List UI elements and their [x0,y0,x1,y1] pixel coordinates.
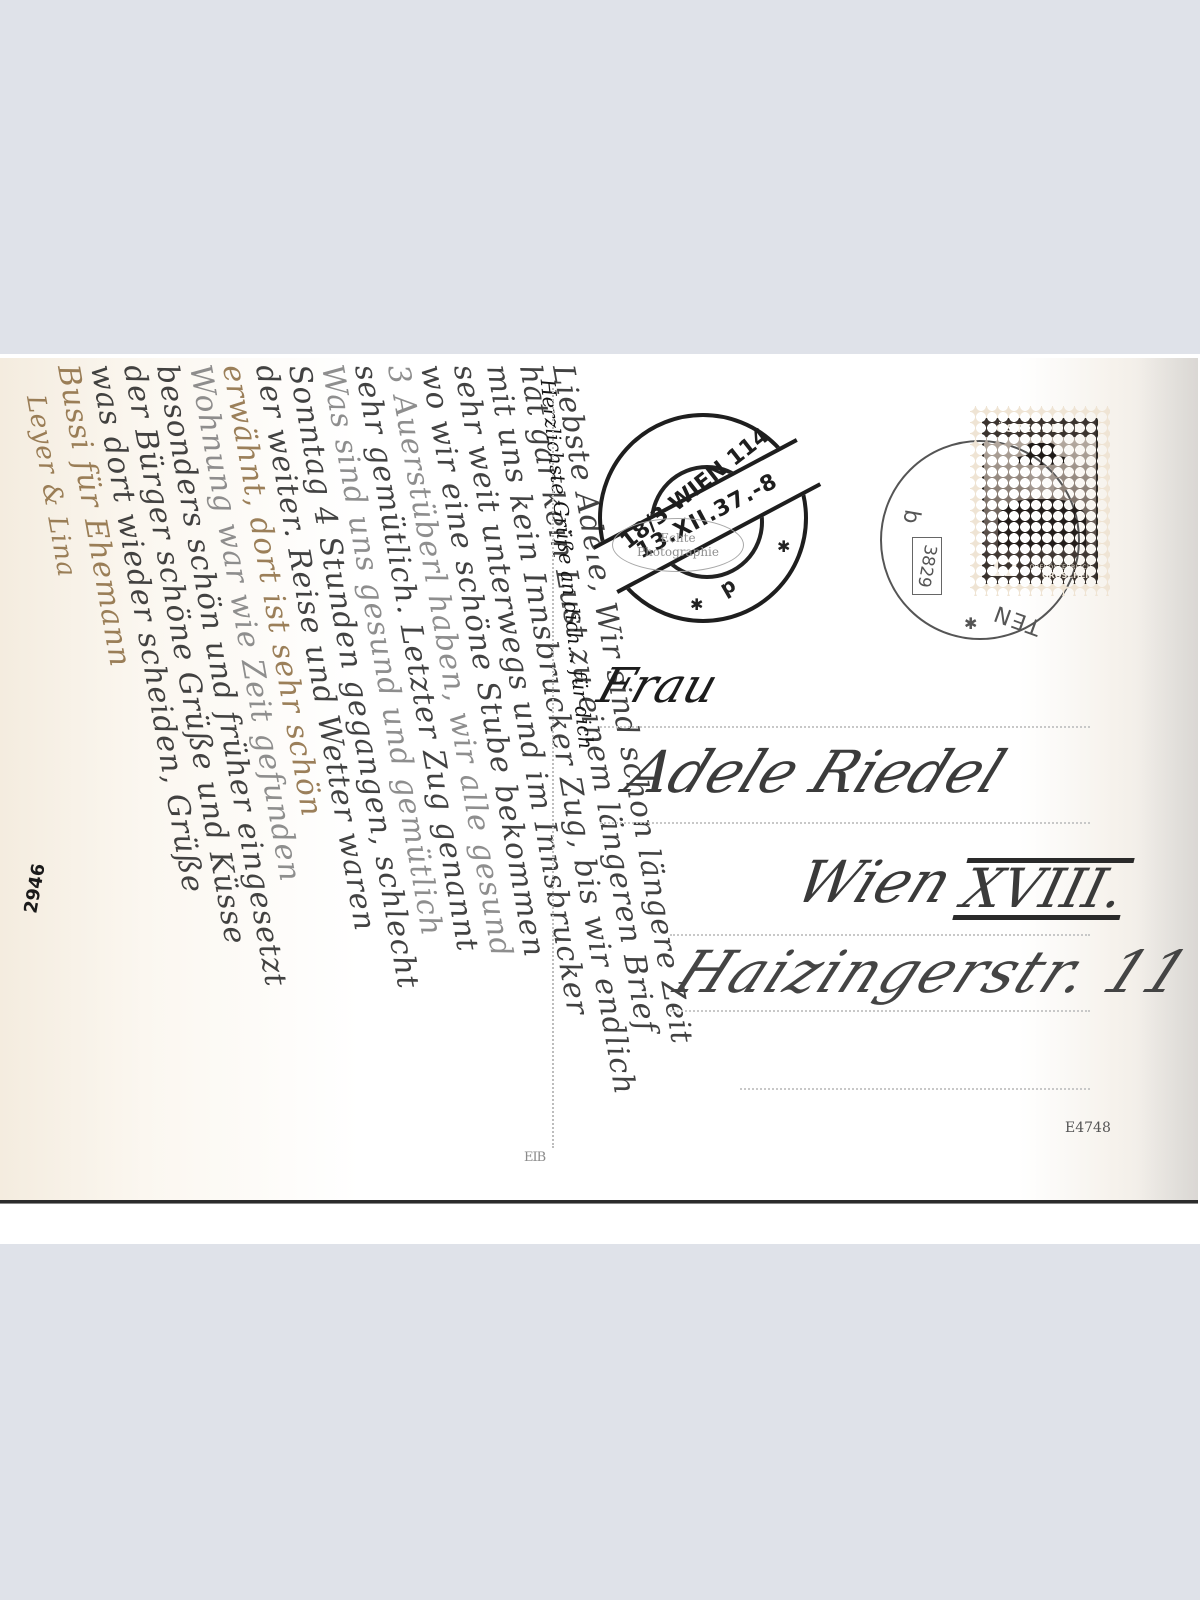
address-line [670,1010,1090,1012]
address-line [600,822,1090,824]
star-icon: ✱ [777,537,790,556]
address-district: XVIII. [952,858,1134,920]
photo-label: Echte Photographie [612,518,744,572]
postmark-wien: 13.XII.37.-8 18/3 WIEN 114 d ✱ ✱ [598,413,808,623]
postcard: Liebste Adele, Wir sind schon längere Ze… [0,358,1198,1203]
star-icon: ✱ [964,614,977,633]
postmark-secondary-code-box: 3829 [912,537,942,595]
printer-logo: EIB [524,1150,545,1165]
star-icon: ✱ [690,595,703,614]
stamp-design: ÖSTERREICH 12 OBERÖSTERREICH GROSCHEN [982,418,1098,584]
address-city: Wien [786,848,962,916]
postmark-secondary-text: TEN [989,599,1044,640]
address-salutation: Frau [591,658,725,714]
photo-label-line1: Echte [660,531,695,545]
address-line [740,1088,1090,1090]
stamp-value: 12 [988,560,1019,580]
edge-shadow [1138,358,1198,1200]
stamp-unit: GROSCHEN [1042,571,1092,580]
card-number: E4748 [1065,1120,1111,1136]
postmark-secondary-letter: b [897,507,924,525]
stamp-country: ÖSTERREICH [984,420,1096,437]
hat-brim [1012,455,1070,465]
photo-label-line2: Photographie [637,545,719,559]
handwritten-message: Liebste Adele, Wir sind schon längere Ze… [0,358,600,1200]
stamp-portrait-icon [984,437,1096,558]
postmark-secondary-code: 3829 [913,543,940,589]
coat [998,499,1086,549]
address-line [670,934,1090,936]
stamp-region: OBERÖSTERREICH [1030,564,1092,571]
postage-stamp: ÖSTERREICH 12 OBERÖSTERREICH GROSCHEN [970,406,1110,596]
divider-line [552,388,554,1148]
address-line [600,726,1090,728]
postmark-letter: d [717,575,741,603]
address-street: Haizingerstr. 11 [665,938,1198,1006]
stamp-footer: 12 OBERÖSTERREICH GROSCHEN [984,558,1096,582]
address-name: Adele Riedel [616,738,1015,806]
face [1029,465,1055,499]
